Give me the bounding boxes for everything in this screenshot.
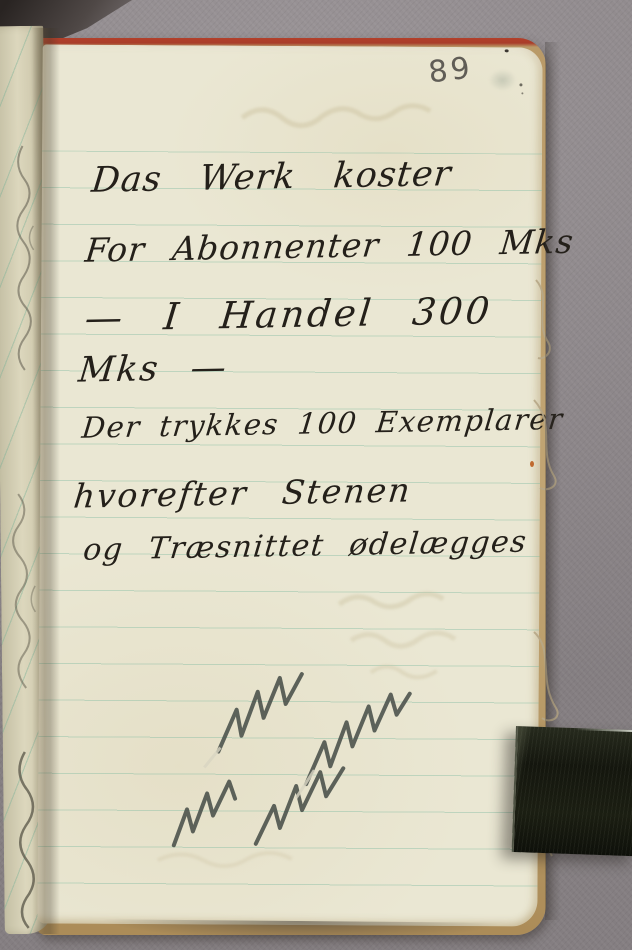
scribble-mark xyxy=(174,781,235,845)
pencil-scribbles xyxy=(37,44,542,926)
scribble-mark xyxy=(256,768,343,845)
scribble-mark xyxy=(218,674,301,753)
notebook-page: 89 Das Werk koster For Abonnenter 100 Mk… xyxy=(37,44,542,926)
photo-backdrop: { "page": { "number": "89", "handwriting… xyxy=(0,0,632,950)
rust-speck xyxy=(530,461,534,467)
metal-band xyxy=(512,726,632,856)
